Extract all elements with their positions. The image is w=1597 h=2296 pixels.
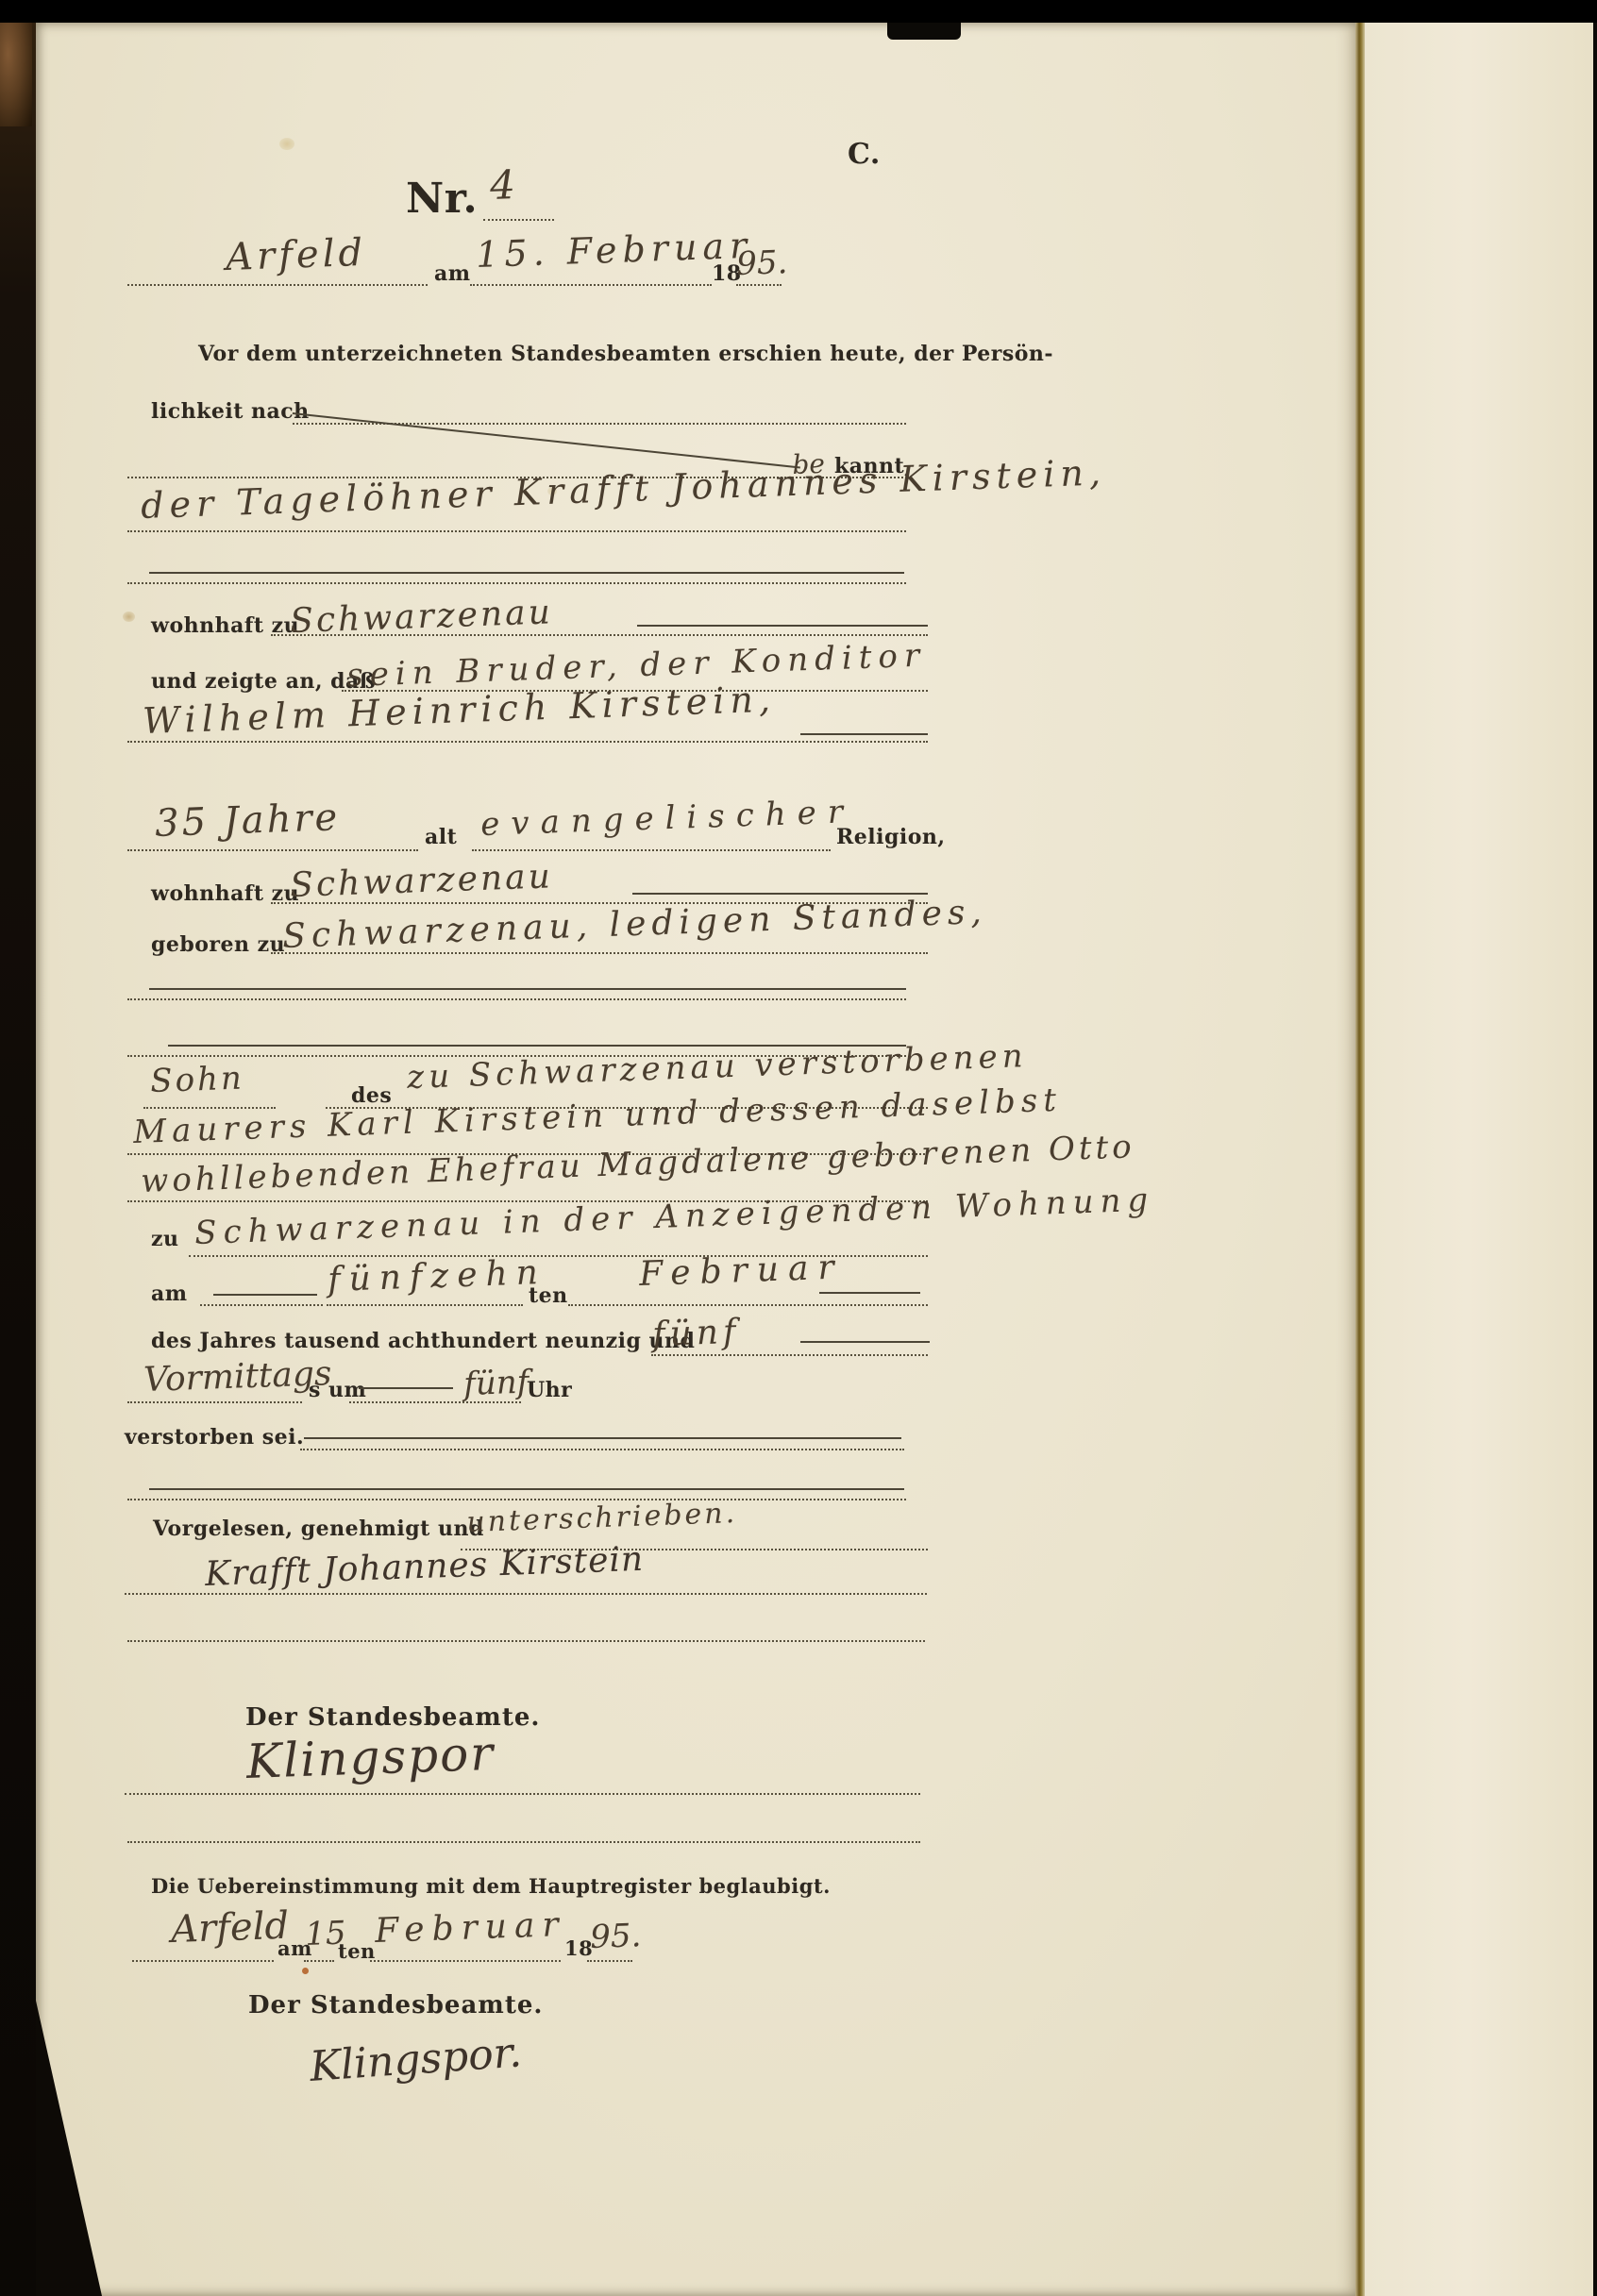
dotted-rule [125, 1793, 920, 1795]
registrar-signature-1: Klingspor [245, 1726, 496, 1789]
death-month: Februar [639, 1248, 845, 1294]
closing-statement: verstorben sei. [125, 1425, 304, 1450]
dotted-rule [300, 1449, 904, 1450]
year-handwritten: 95. [736, 243, 788, 283]
label-vorgelesen: Vorgelesen, genehmigt und [153, 1517, 484, 1541]
certification-statement: Die Uebereinstimmung mit dem Hauptregist… [151, 1874, 831, 1898]
dotted-rule [127, 1640, 925, 1642]
filler-dash [800, 1341, 930, 1343]
book-edge-right [1593, 23, 1597, 2296]
label-year-line: des Jahres tausend achthundert neunzig u… [151, 1329, 695, 1353]
death-day: fünfzehn [328, 1253, 547, 1299]
page-gutter-fold [1355, 23, 1365, 2296]
label-ten: ten [529, 1283, 568, 1308]
window-title-bar: /Abt_Ostwestfalen-Lippe/P6/P6-25/~001/P6… [0, 0, 1597, 23]
cert-month: Februar [375, 1905, 567, 1951]
page-top-shadow [887, 23, 961, 40]
dotted-rule [127, 284, 428, 286]
intro-line-2: lichkeit nach [151, 399, 310, 424]
filler-dash [213, 1294, 317, 1296]
filler-dash [359, 1387, 453, 1389]
dotted-rule [132, 1960, 274, 1962]
label-zu: zu [151, 1227, 179, 1251]
dotted-rule [483, 219, 554, 221]
label-s-um: s um [309, 1378, 366, 1402]
dotted-rule [327, 1304, 523, 1306]
paper-stain [279, 138, 294, 150]
death-time-of-day: Vormittags [143, 1354, 332, 1399]
filler-line [304, 1437, 901, 1439]
parents-sohn: Sohn [150, 1060, 245, 1100]
death-year-value: fünf [652, 1313, 741, 1354]
book-binding-left [0, 23, 36, 2296]
label-alt: alt [425, 825, 457, 849]
dotted-rule [370, 1960, 561, 1962]
deceased-age: 35 Jahre [154, 796, 341, 846]
registrar-title-2: Der Standesbeamte. [248, 1991, 543, 2019]
dotted-rule [651, 1354, 928, 1356]
section-rule [149, 1488, 904, 1490]
cert-place: Arfeld [170, 1904, 289, 1952]
dotted-rule [587, 1960, 632, 1962]
label-uhr: Uhr [527, 1378, 572, 1402]
label-geboren-zu: geboren zu [151, 932, 285, 957]
cert-year-handwritten: 95. [590, 1917, 642, 1956]
dotted-rule [125, 1593, 927, 1595]
dotted-rule [349, 1401, 461, 1403]
filler-dash [632, 893, 928, 895]
record-place-value: Arfeld [225, 231, 366, 279]
dotted-rule [200, 1304, 323, 1306]
dotted-rule [127, 530, 906, 532]
dotted-rule [127, 582, 906, 584]
label-religion: Religion, [836, 825, 946, 849]
dotted-rule [271, 634, 928, 636]
dotted-rule [127, 741, 928, 743]
section-rule [149, 988, 906, 990]
dotted-rule [568, 1304, 928, 1306]
dotted-rule [127, 849, 418, 851]
filler-dash [819, 1292, 920, 1294]
dotted-rule [736, 284, 782, 286]
form-letter-c: C. [848, 138, 881, 171]
label-am: am [434, 261, 471, 286]
dotted-rule [271, 952, 928, 954]
dotted-rule [127, 1401, 302, 1403]
paper-stain [302, 1968, 309, 1974]
leather-corner [0, 23, 32, 126]
record-number-value: 4 [489, 161, 515, 209]
label-am-2: am [151, 1282, 188, 1306]
ruled-line [149, 572, 904, 574]
filler-dash [800, 733, 928, 735]
dotted-rule [304, 1960, 334, 1962]
dotted-rule [127, 1841, 920, 1843]
archive-viewer-screen: /Abt_Ostwestfalen-Lippe/P6/P6-25/~001/P6… [0, 0, 1597, 2296]
dotted-rule [470, 284, 712, 286]
dotted-rule [462, 1401, 521, 1403]
paper-stain [123, 612, 135, 622]
intro-line-1: Vor dem unterzeichneten Standesbeamten e… [198, 342, 1053, 366]
death-hour: fünf [463, 1364, 530, 1403]
dotted-rule [472, 849, 831, 851]
filler-dash [637, 625, 928, 627]
dotted-rule [127, 1499, 906, 1500]
record-number-label: Nr. [406, 175, 478, 223]
next-page-edge [1365, 23, 1593, 2296]
dotted-rule [127, 998, 906, 1000]
registrar-title-1: Der Standesbeamte. [245, 1703, 540, 1732]
cert-year-printed: 18 [564, 1936, 593, 1960]
